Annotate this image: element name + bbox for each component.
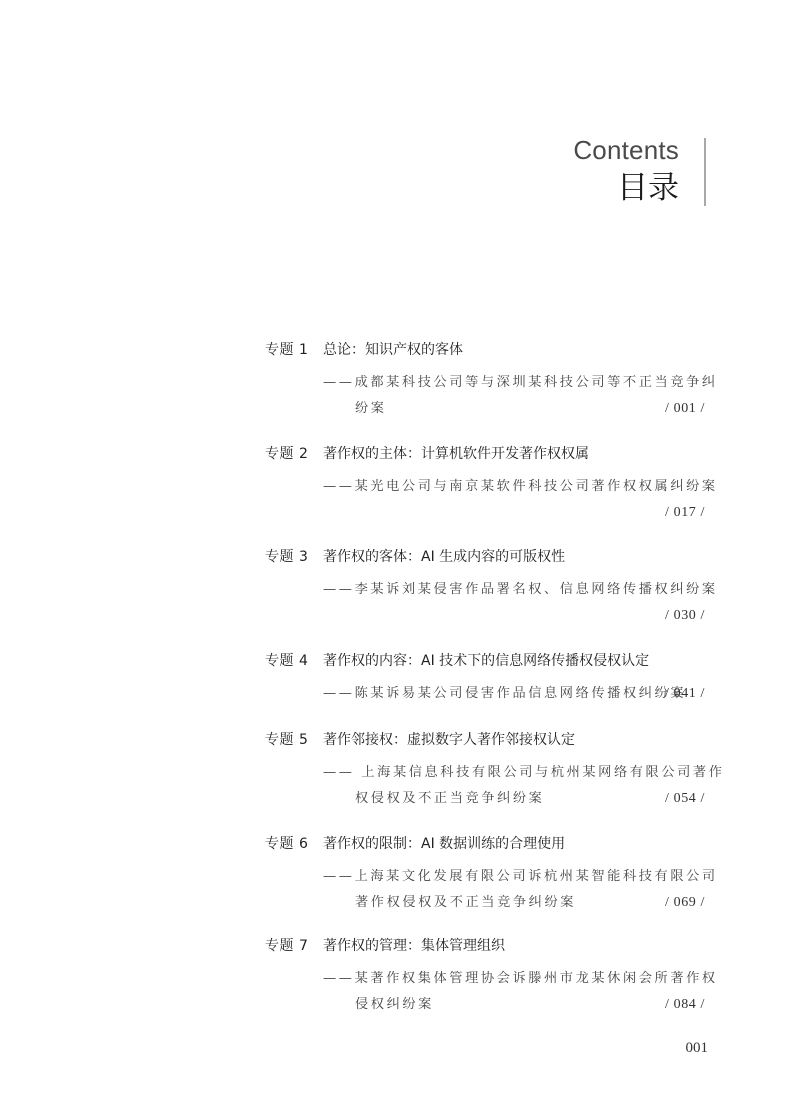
page-number: / 054 / — [665, 786, 705, 812]
topic-number: 专题 4 — [265, 649, 323, 673]
page-number: / 017 / — [665, 500, 705, 526]
topic-title: 著作权的客体：AI 生成内容的可版权性 — [323, 549, 565, 565]
toc-entry[interactable]: 专题 3著作权的客体：AI 生成内容的可版权性 ——李某诉刘某侵害作品署名权、信… — [265, 545, 705, 569]
contents-title-en: Contents — [573, 134, 679, 166]
page-number: / 069 / — [665, 890, 705, 916]
page-folio: 001 — [686, 1040, 709, 1057]
case-line: ——李某诉刘某侵害作品署名权、信息网络传播权纠纷案 — [323, 577, 705, 603]
topic-number: 专题 6 — [265, 832, 323, 856]
topic-title: 著作权的限制：AI 数据训练的合理使用 — [323, 836, 565, 852]
case-line: ——上海某文化发展有限公司诉杭州某智能科技有限公司 — [323, 864, 705, 890]
case-line: ——某著作权集体管理协会诉滕州市龙某休闲会所著作权 — [323, 966, 705, 992]
topic-number: 专题 7 — [265, 934, 323, 958]
case-line: ——陈某诉易某公司侵害作品信息网络传播权纠纷案/ 041 / — [323, 681, 705, 707]
case-line: / 030 / — [323, 603, 705, 629]
topic-title: 著作权的主体：计算机软件开发著作权权属 — [323, 446, 589, 462]
page-number: / 084 / — [665, 992, 705, 1018]
toc-entry[interactable]: 专题 5著作邻接权：虚拟数字人著作邻接权认定 —— 上海某信息科技有限公司与杭州… — [265, 728, 705, 752]
page-number: / 030 / — [665, 603, 705, 629]
toc-entry[interactable]: 专题 6著作权的限制：AI 数据训练的合理使用 ——上海某文化发展有限公司诉杭州… — [265, 832, 705, 856]
header-divider — [704, 138, 706, 206]
case-line: —— 上海某信息科技有限公司与杭州某网络有限公司著作 — [323, 760, 705, 786]
page-number: / 001 / — [665, 396, 705, 422]
contents-title-zh: 目录 — [573, 168, 679, 208]
topic-title: 著作权的管理：集体管理组织 — [323, 938, 505, 954]
case-line: 侵权纠纷案/ 084 / — [323, 992, 705, 1018]
case-line: ——某光电公司与南京某软件科技公司著作权权属纠纷案 — [323, 474, 705, 500]
case-line: / 017 / — [323, 500, 705, 526]
topic-title: 著作权的内容：AI 技术下的信息网络传播权侵权认定 — [323, 653, 649, 669]
toc-entry[interactable]: 专题 2著作权的主体：计算机软件开发著作权权属 ——某光电公司与南京某软件科技公… — [265, 442, 705, 466]
topic-number: 专题 3 — [265, 545, 323, 569]
toc-entry[interactable]: 专题 4著作权的内容：AI 技术下的信息网络传播权侵权认定 ——陈某诉易某公司侵… — [265, 649, 705, 673]
topic-title: 著作邻接权：虚拟数字人著作邻接权认定 — [323, 732, 575, 748]
toc-entry[interactable]: 专题 1总论：知识产权的客体 ——成都某科技公司等与深圳某科技公司等不正当竞争纠… — [265, 338, 705, 362]
topic-title: 总论：知识产权的客体 — [323, 342, 463, 358]
contents-header: Contents 目录 — [573, 134, 679, 208]
case-line: ——成都某科技公司等与深圳某科技公司等不正当竞争纠 — [323, 370, 705, 396]
topic-number: 专题 1 — [265, 338, 323, 362]
page-number: / 041 / — [665, 681, 705, 707]
toc-entry[interactable]: 专题 7著作权的管理：集体管理组织 ——某著作权集体管理协会诉滕州市龙某休闲会所… — [265, 934, 705, 958]
topic-number: 专题 5 — [265, 728, 323, 752]
case-line: 权侵权及不正当竞争纠纷案/ 054 / — [323, 786, 705, 812]
case-line: 著作权侵权及不正当竞争纠纷案/ 069 / — [323, 890, 705, 916]
case-line: 纷案/ 001 / — [323, 396, 705, 422]
topic-number: 专题 2 — [265, 442, 323, 466]
